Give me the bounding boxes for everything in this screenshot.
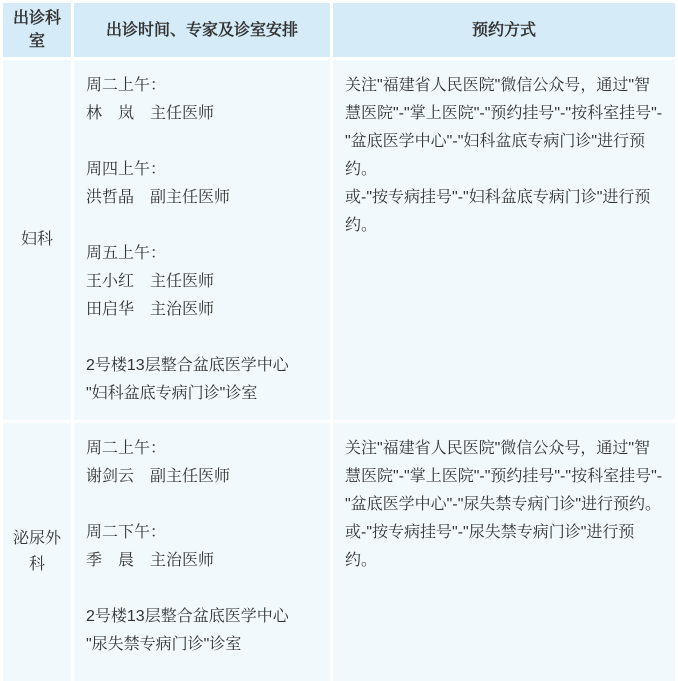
schedule-cell-urology: 周二上午：谢剑云 副主任医师周二下午：季 晨 主治医师2号楼13层整合盆底医学中… bbox=[74, 423, 330, 681]
text-line: 田启华 主治医师 bbox=[86, 296, 318, 324]
booking-cell-gynecology: 关注"福建省人民医院"微信公众号，通过"智慧医院"-"掌上医院"-"预约挂号"-… bbox=[333, 60, 675, 420]
text-line bbox=[86, 128, 318, 156]
header-department: 出诊科室 bbox=[3, 3, 71, 57]
header-booking-method: 预约方式 bbox=[333, 3, 675, 57]
text-line: "妇科盆底专病门诊"诊室 bbox=[86, 380, 318, 408]
text-line bbox=[86, 575, 318, 603]
text-line: 关注"福建省人民医院"微信公众号，通过"智慧医院"-"掌上医院"-"预约挂号"-… bbox=[345, 72, 663, 184]
text-line: 洪哲晶 副主任医师 bbox=[86, 184, 318, 212]
text-line: 周二上午： bbox=[86, 72, 318, 100]
table-row-urology: 泌尿外科 周二上午：谢剑云 副主任医师周二下午：季 晨 主治医师2号楼13层整合… bbox=[3, 423, 675, 681]
text-line: 周五上午： bbox=[86, 240, 318, 268]
department-cell-gynecology: 妇科 bbox=[3, 60, 71, 420]
text-line bbox=[86, 491, 318, 519]
text-line: "尿失禁专病门诊"诊室 bbox=[86, 631, 318, 659]
text-line: 王小红 主任医师 bbox=[86, 268, 318, 296]
text-line: 周二上午： bbox=[86, 435, 318, 463]
text-line bbox=[86, 212, 318, 240]
text-line: 周四上午： bbox=[86, 156, 318, 184]
text-line: 或-"按专病挂号"-"尿失禁专病门诊"进行预约。 bbox=[345, 519, 663, 575]
department-cell-urology: 泌尿外科 bbox=[3, 423, 71, 681]
table-header-row: 出诊科室 出诊时间、专家及诊室安排 预约方式 bbox=[3, 3, 675, 57]
clinic-schedule-table: 出诊科室 出诊时间、专家及诊室安排 预约方式 妇科 周二上午：林 岚 主任医师周… bbox=[0, 0, 678, 681]
clinic-schedule-page: 出诊科室 出诊时间、专家及诊室安排 预约方式 妇科 周二上午：林 岚 主任医师周… bbox=[0, 0, 678, 681]
text-line: 关注"福建省人民医院"微信公众号，通过"智慧医院"-"掌上医院"-"预约挂号"-… bbox=[345, 435, 663, 519]
text-line: 2号楼13层整合盆底医学中心 bbox=[86, 352, 318, 380]
text-line: 或-"按专病挂号"-"妇科盆底专病门诊"进行预约。 bbox=[345, 184, 663, 240]
header-schedule: 出诊时间、专家及诊室安排 bbox=[74, 3, 330, 57]
schedule-cell-gynecology: 周二上午：林 岚 主任医师周四上午：洪哲晶 副主任医师周五上午：王小红 主任医师… bbox=[74, 60, 330, 420]
booking-cell-urology: 关注"福建省人民医院"微信公众号，通过"智慧医院"-"掌上医院"-"预约挂号"-… bbox=[333, 423, 675, 681]
text-line: 周二下午： bbox=[86, 519, 318, 547]
text-line: 林 岚 主任医师 bbox=[86, 100, 318, 128]
text-line: 谢剑云 副主任医师 bbox=[86, 463, 318, 491]
table-row-gynecology: 妇科 周二上午：林 岚 主任医师周四上午：洪哲晶 副主任医师周五上午：王小红 主… bbox=[3, 60, 675, 420]
text-line: 2号楼13层整合盆底医学中心 bbox=[86, 603, 318, 631]
text-line: 季 晨 主治医师 bbox=[86, 547, 318, 575]
text-line bbox=[86, 324, 318, 352]
